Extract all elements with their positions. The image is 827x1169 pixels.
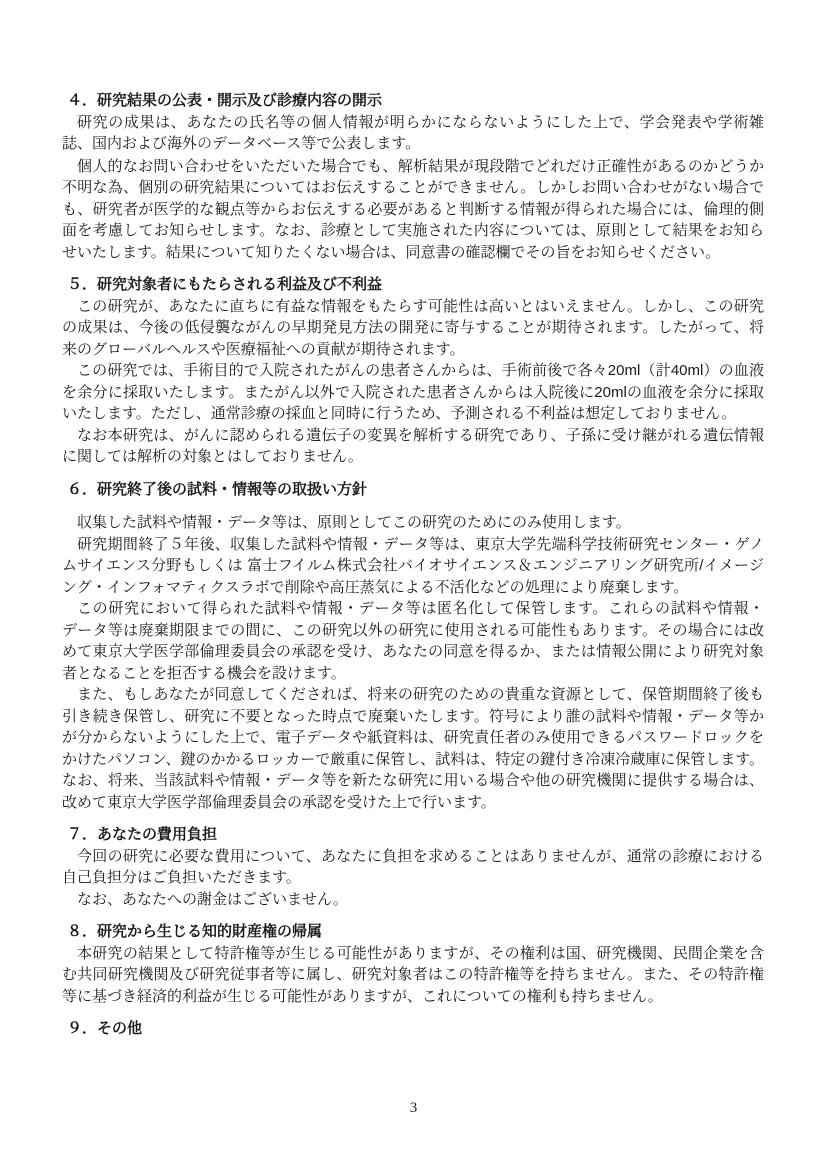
section-5-paragraph-3: なお本研究は、がんに認められる遺伝子の変異を解析する研究であり、子孫に受け継がれ… bbox=[62, 425, 764, 468]
section-8-paragraph-1: 本研究の結果として特許権等が生じる可能性がありますが、その権利は国、研究機関、民… bbox=[62, 943, 764, 1008]
section-6-paragraph-1: 収集した試料や情報・データ等は、原則としてこの研究のためにのみ使用します。 bbox=[62, 512, 764, 534]
section-7-paragraph-2: なお、あなたへの謝金はございません。 bbox=[62, 889, 764, 911]
section-6-paragraph-4: また、もしあなたが同意してくだされば、将来の研究のための貴重な資源として、保管期… bbox=[62, 684, 764, 813]
section-4-paragraph-2: 個人的なお問い合わせをいただいた場合でも、解析結果が現段階でどれだけ正確性がある… bbox=[62, 156, 764, 264]
section-9: ９．その他 bbox=[62, 1018, 764, 1040]
section-7: ７．あなたの費用負担 今回の研究に必要な費用について、あなたに負担を求めることは… bbox=[62, 824, 764, 910]
section-8-heading: ８．研究から生じる知的財産権の帰属 bbox=[62, 921, 764, 943]
section-7-heading: ７．あなたの費用負担 bbox=[62, 824, 764, 846]
document-page: ４．研究結果の公表・開示及び診療内容の開示 研究の成果は、あなたの氏名等の個人情… bbox=[0, 0, 827, 1169]
section-6-paragraph-2: 研究期間終了５年後、収集した試料や情報・データ等は、東京大学先端科学技術研究セン… bbox=[62, 534, 764, 599]
section-6-heading: ６．研究終了後の試料・情報等の取扱い方針 bbox=[62, 479, 764, 501]
page-number: 3 bbox=[0, 1098, 827, 1120]
section-5-paragraph-2: この研究では、手術目的で入院されたがんの患者さんからは、手術前後で各々20ml（… bbox=[62, 360, 764, 425]
section-7-paragraph-1: 今回の研究に必要な費用について、あなたに負担を求めることはありませんが、通常の診… bbox=[62, 846, 764, 889]
section-4-heading: ４．研究結果の公表・開示及び診療内容の開示 bbox=[62, 90, 764, 112]
section-6: ６．研究終了後の試料・情報等の取扱い方針 収集した試料や情報・データ等は、原則と… bbox=[62, 479, 764, 814]
section-5-heading: ５．研究対象者にもたらされる利益及び不利益 bbox=[62, 274, 764, 296]
serif-no-character: の bbox=[197, 136, 212, 152]
section-4-paragraph-1: 研究の成果は、あなたの氏名等の個人情報が明らかにならないようにした上で、学会発表… bbox=[62, 112, 764, 156]
document-body: ４．研究結果の公表・開示及び診療内容の開示 研究の成果は、あなたの氏名等の個人情… bbox=[62, 90, 764, 1051]
paragraph-text: データベース等で公表します。 bbox=[212, 135, 420, 152]
section-4: ４．研究結果の公表・開示及び診療内容の開示 研究の成果は、あなたの氏名等の個人情… bbox=[62, 90, 764, 263]
section-5-paragraph-1: この研究が、あなたに直ちに有益な情報をもたらす可能性は高いとはいえません。しかし… bbox=[62, 296, 764, 361]
section-6-paragraph-3: この研究において得られた試料や情報・データ等は匿名化して保管します。これらの試料… bbox=[62, 598, 764, 684]
section-9-heading: ９．その他 bbox=[62, 1018, 764, 1040]
section-8: ８．研究から生じる知的財産権の帰属 本研究の結果として特許権等が生じる可能性があ… bbox=[62, 921, 764, 1007]
section-5: ５．研究対象者にもたらされる利益及び不利益 この研究が、あなたに直ちに有益な情報… bbox=[62, 274, 764, 468]
